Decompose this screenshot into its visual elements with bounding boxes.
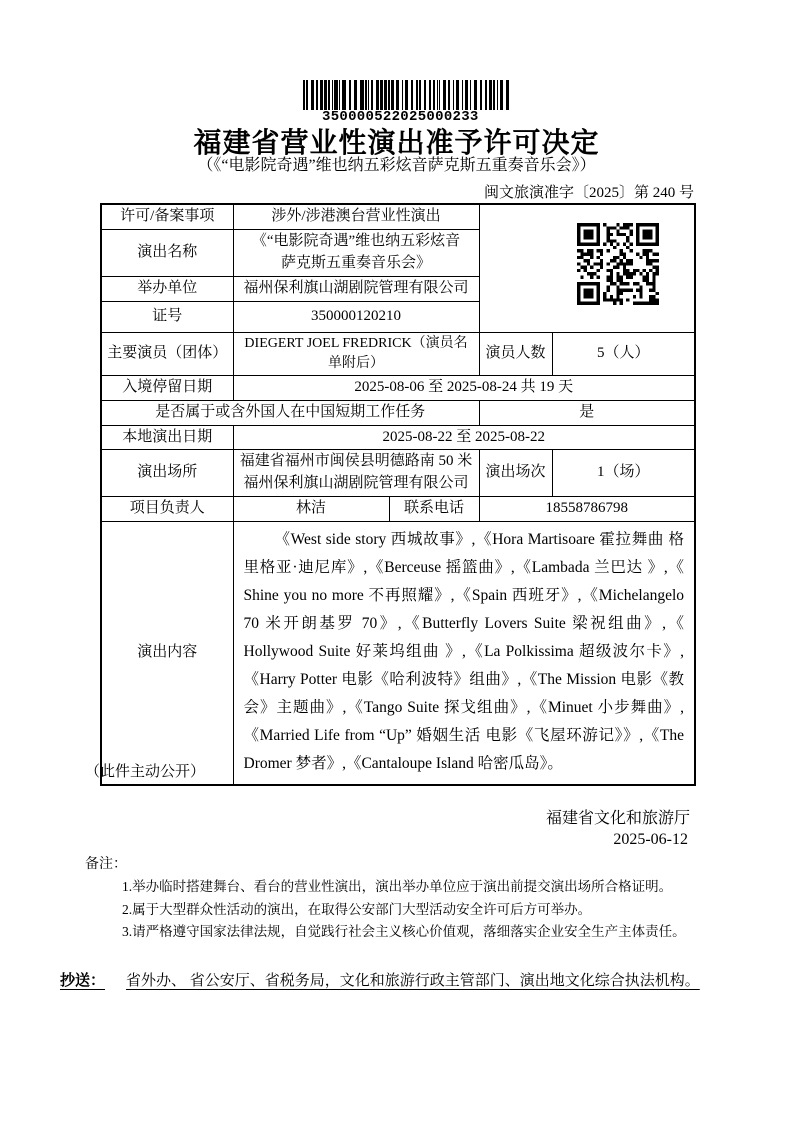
local-dates-value: 2025-08-22 至 2025-08-22 [233, 425, 695, 450]
cc-label: 抄送： [60, 973, 105, 989]
organizer-value: 福州保利旗山湖剧院管理有限公司 [233, 276, 479, 301]
issuer-name: 福建省文化和旅游厅 [546, 805, 690, 828]
main-performers-value: DIEGERT JOEL FREDRICK（演员名单附后） [233, 332, 479, 376]
table-row: 演出场所 福建省福州市闽侯县明德路南 50 米 福州保利旗山湖剧院管理有限公司 … [101, 450, 695, 497]
permit-item-value: 涉外/涉港澳台营业性演出 [233, 204, 479, 229]
qr-code-icon [577, 223, 659, 305]
barcode [303, 80, 510, 110]
cc-value: 省外办、 省公安厅、省税务局，文化和旅游行政主管部门、演出地文化综合执法机构。 [126, 973, 700, 989]
local-dates-label: 本地演出日期 [101, 425, 233, 450]
venue-value: 福建省福州市闽侯县明德路南 50 米 福州保利旗山湖剧院管理有限公司 [233, 450, 479, 497]
issue-date: 2025-06-12 [613, 831, 688, 849]
performance-name-line2: 萨克斯五重奏音乐会》 [238, 253, 475, 275]
content-value: 《West side story 西城故事》,《Hora Martisoare … [233, 521, 695, 785]
certificate-no-label: 证号 [101, 301, 233, 332]
table-row: 是否属于或含外国人在中国短期工作任务 是 [101, 400, 695, 425]
performer-count-value: 5（人） [552, 332, 695, 376]
document-number: 闽文旅演准字〔2025〕第 240 号 [484, 181, 694, 202]
entry-stay-label: 入境停留日期 [101, 376, 233, 401]
notes-list: 1.举办临时搭建舞台、看台的营业性演出，演出举办单位应于演出前提交演出场所合格证… [122, 876, 686, 944]
table-row: 演出内容 《West side story 西城故事》,《Hora Martis… [101, 521, 695, 785]
note-item-1: 1.举办临时搭建舞台、看台的营业性演出，演出举办单位应于演出前提交演出场所合格证… [122, 876, 686, 899]
table-row: 项目负责人 林洁 联系电话 18558786798 [101, 496, 695, 521]
table-row: 本地演出日期 2025-08-22 至 2025-08-22 [101, 425, 695, 450]
entry-stay-value: 2025-08-06 至 2025-08-24 共 19 天 [233, 376, 695, 401]
performance-name-label: 演出名称 [101, 229, 233, 276]
page-subtitle: （《“电影院奇遇”维也纳五彩炫音萨克斯五重奏音乐会》） [0, 152, 793, 175]
main-performers-label: 主要演员（团体） [101, 332, 233, 376]
phone-value: 18558786798 [479, 496, 695, 521]
note-item-2: 2.属于大型群众性活动的演出，在取得公安部门大型活动安全许可后方可举办。 [122, 899, 686, 922]
venue-label: 演出场所 [101, 450, 233, 497]
cc-line: 抄送：省外办、 省公安厅、省税务局，文化和旅游行政主管部门、演出地文化综合执法机… [60, 966, 724, 997]
note-item-3: 3.请严格遵守国家法律法规，自觉践行社会主义核心价值观，落细落实企业安全生产主体… [122, 921, 686, 944]
qr-cell [479, 204, 695, 332]
sessions-label: 演出场次 [479, 450, 552, 497]
certificate-no-value: 350000120210 [233, 301, 479, 332]
table-row: 入境停留日期 2025-08-06 至 2025-08-24 共 19 天 [101, 376, 695, 401]
venue-line2: 福州保利旗山湖剧院管理有限公司 [238, 473, 475, 495]
project-manager-label: 项目负责人 [101, 496, 233, 521]
project-manager-value: 林洁 [233, 496, 389, 521]
notes-label: 备注： [85, 853, 127, 873]
content-label: 演出内容 [101, 521, 233, 785]
disclosure-note: （此件主动公开） [85, 760, 205, 781]
phone-label: 联系电话 [389, 496, 479, 521]
venue-line1: 福建省福州市闽侯县明德路南 50 米 [238, 451, 475, 473]
permit-item-label: 许可/备案事项 [101, 204, 233, 229]
permit-document-page: 350000522025000233 福建省营业性演出准予许可决定 （《“电影院… [0, 0, 793, 1122]
performer-count-label: 演员人数 [479, 332, 552, 376]
performance-name-value: 《“电影院奇遇”维也纳五彩炫音 萨克斯五重奏音乐会》 [233, 229, 479, 276]
sessions-value: 1（场） [552, 450, 695, 497]
table-row: 主要演员（团体） DIEGERT JOEL FREDRICK（演员名单附后） 演… [101, 332, 695, 376]
table-row: 许可/备案事项 涉外/涉港澳台营业性演出 [101, 204, 695, 229]
short-term-work-label: 是否属于或含外国人在中国短期工作任务 [101, 400, 479, 425]
performance-name-line1: 《“电影院奇遇”维也纳五彩炫音 [238, 231, 475, 253]
permit-table: 许可/备案事项 涉外/涉港澳台营业性演出 演出名称 《“电影院奇遇”维也纳五彩炫… [100, 203, 696, 786]
organizer-label: 举办单位 [101, 276, 233, 301]
short-term-work-value: 是 [479, 400, 695, 425]
